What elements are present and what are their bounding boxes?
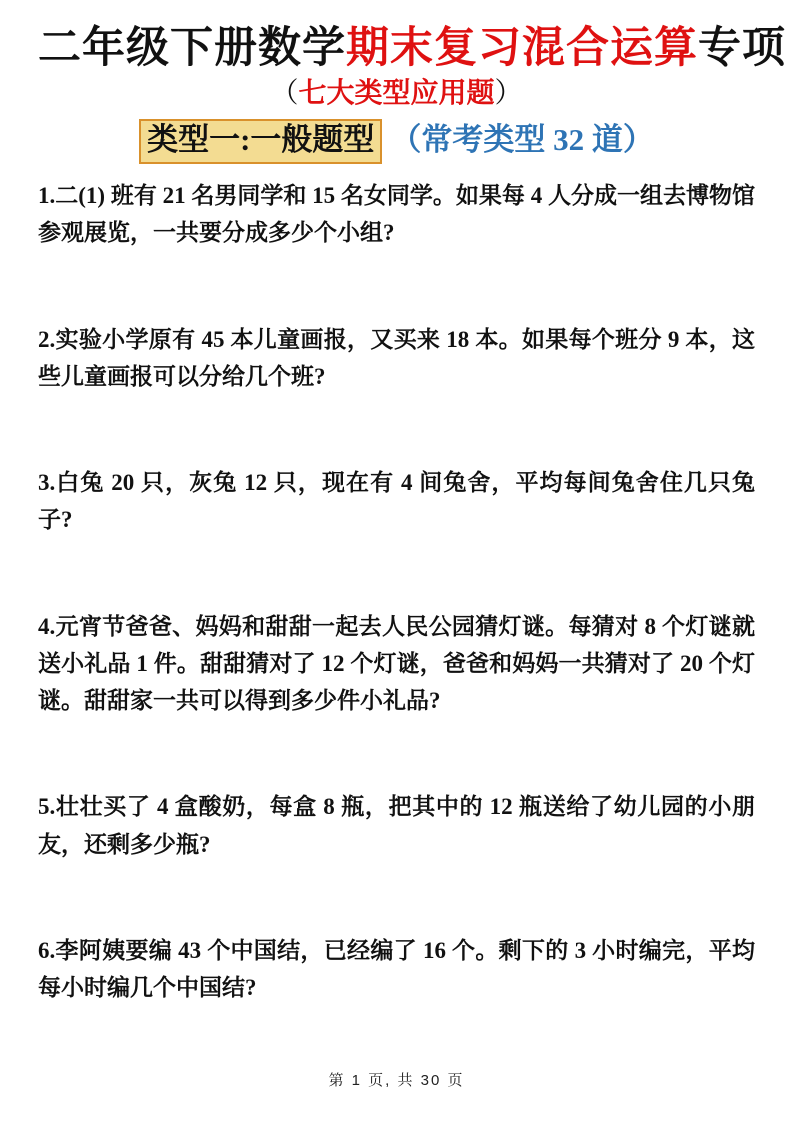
problem-item-2: 2.实验小学原有 45 本儿童画报，又买来 18 本。如果每个班分 9 本，这些…	[38, 321, 755, 396]
subtitle-open-paren: （	[270, 78, 298, 109]
title-part-grade: 二年级下册数学	[38, 25, 346, 72]
title-part-suffix: 专项	[698, 25, 786, 72]
problem-list: 1.二(1) 班有 21 名男同学和 15 名女同学。如果每 4 人分成一组去博…	[38, 177, 755, 1006]
problem-item-4: 4.元宵节爸爸、妈妈和甜甜一起去人民公园猜灯谜。每猜对 8 个灯谜就送小礼品 1…	[38, 608, 755, 720]
page-subtitle: （七大类型应用题）	[38, 77, 755, 111]
section-header-line: 类型一:一般题型（常考类型 32 道）	[38, 119, 755, 164]
title-part-topic: 期末复习混合运算	[346, 25, 698, 72]
section-note: （常考类型 32 道）	[390, 122, 654, 157]
page-title: 二年级下册数学期末复习混合运算专项	[38, 24, 755, 75]
problem-item-6: 6.李阿姨要编 43 个中国结，已经编了 16 个。剩下的 3 小时编完，平均每…	[38, 932, 755, 1007]
problem-item-3: 3.白兔 20 只，灰兔 12 只，现在有 4 间兔舍，平均每间兔舍住几只兔子?	[38, 464, 755, 539]
subtitle-text: 七大类型应用题	[298, 78, 494, 109]
subtitle-close-paren: ）	[495, 78, 523, 109]
problem-item-5: 5.壮壮买了 4 盒酸奶，每盒 8 瓶，把其中的 12 瓶送给了幼儿园的小朋友，…	[38, 788, 755, 863]
worksheet-page: 二年级下册数学期末复习混合运算专项 （七大类型应用题） 类型一:一般题型（常考类…	[0, 0, 793, 1122]
section-heading: 类型一:一般题型	[139, 119, 382, 164]
problem-item-1: 1.二(1) 班有 21 名男同学和 15 名女同学。如果每 4 人分成一组去博…	[38, 177, 755, 252]
page-footer: 第 1 页, 共 30 页	[0, 1069, 793, 1090]
